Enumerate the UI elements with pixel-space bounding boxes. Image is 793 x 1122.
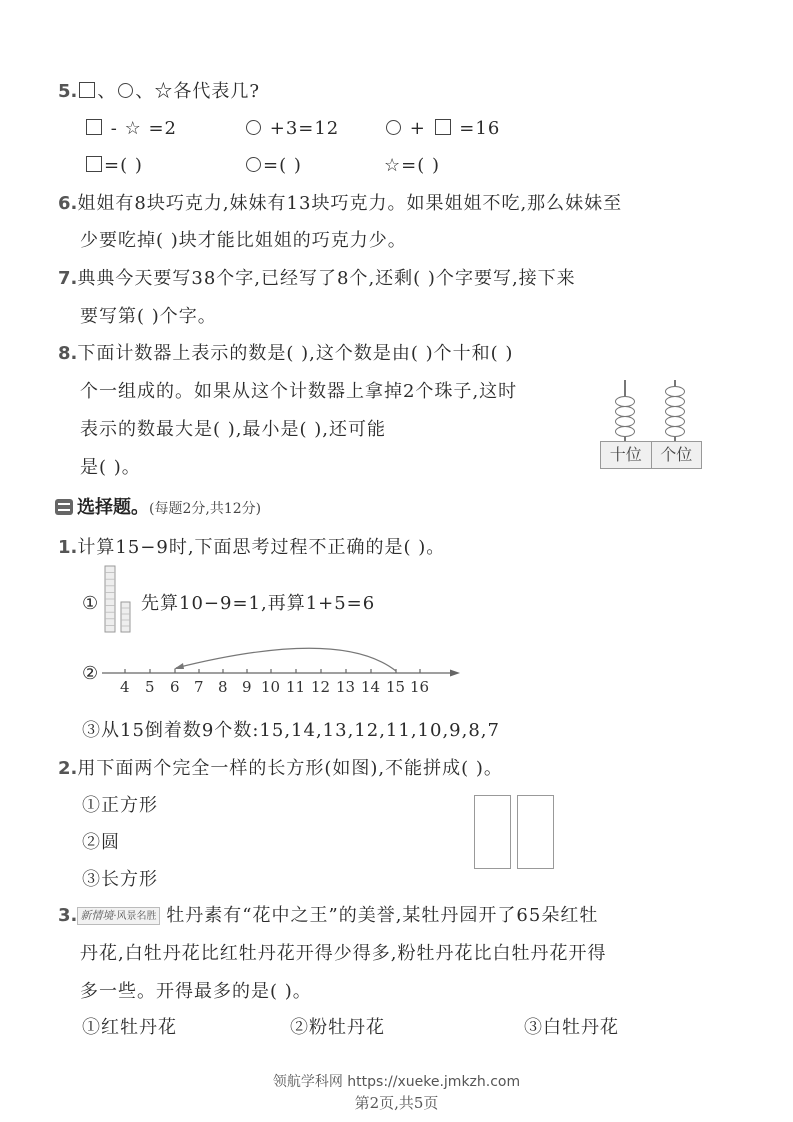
abacus-base: 十位 个位 xyxy=(600,441,702,469)
choice-2-option-1[interactable]: ①正方形 xyxy=(82,794,158,818)
star-symbol-icon: ☆ xyxy=(384,155,401,176)
choice-1-option-3[interactable]: ③从15倒着数9个数:15,14,13,12,11,10,9,8,7 xyxy=(82,719,500,743)
footer-page-number: 第2页,共5页 xyxy=(0,1092,793,1113)
choice-1-option-1-text: 先算10−9=1,再算1+5=6 xyxy=(141,592,375,616)
star-symbol-icon: ☆ xyxy=(125,118,142,139)
choice-3-option-1[interactable]: ①红牡丹花 xyxy=(82,1016,177,1040)
question-7-line-2[interactable]: 要写第( )个字。 xyxy=(80,305,217,329)
question-6-line-1: 6.姐姐有8块巧克力,妹妹有13块巧克力。如果姐姐不吃,那么妹妹至 xyxy=(58,192,622,216)
choice-3-line-1: 3.新情境·风景名胜 牡丹素有“花中之王”的美誉,某牡丹园开了65朵红牡 xyxy=(58,904,598,928)
question-8-line-1[interactable]: 8.下面计数器上表示的数是( ),这个数是由( )个十和( ) xyxy=(58,342,513,366)
abacus-counter: 十位 个位 xyxy=(600,378,702,470)
rectangle-figure-right xyxy=(517,795,554,869)
question-8-line-4[interactable]: 是( )。 xyxy=(80,456,141,480)
star-symbol-icon: ☆ xyxy=(154,81,173,102)
ones-bead xyxy=(665,426,685,437)
choice-2-stem[interactable]: 2.用下面两个完全一样的长方形(如图),不能拼成( )。 xyxy=(58,757,503,781)
question-number: 5. xyxy=(58,81,77,102)
choice-1-option-1-mark[interactable]: ① xyxy=(82,592,99,616)
circle-symbol-icon xyxy=(118,83,133,98)
square-symbol-icon xyxy=(435,119,451,135)
square-symbol-icon xyxy=(79,82,95,98)
question-6-line-2[interactable]: 少要吃掉( )块才能比姐姐的巧克力少。 xyxy=(80,229,407,253)
choice-3-line-2: 丹花,白牡丹花比红牡丹花开得少得多,粉牡丹花比白牡丹花开得 xyxy=(80,942,606,966)
choice-3-line-3[interactable]: 多一些。开得最多的是( )。 xyxy=(80,980,312,1004)
question-7-line-1[interactable]: 7.典典今天要写38个字,已经写了8个,还剩( )个字要写,接下来 xyxy=(58,267,576,291)
question-8-line-3[interactable]: 表示的数最大是( ),最小是( ),还可能 xyxy=(80,418,386,442)
section-2-heading: 选择题。(每题2分,共12分) xyxy=(55,496,261,521)
tens-place-label: 十位 xyxy=(601,442,651,468)
footer-site-link[interactable]: 领航学科网 https://xueke.jmkzh.com xyxy=(0,1071,793,1091)
number-line-labels: 4 5 6 7 8 9 10 11 12 13 14 15 16 xyxy=(100,678,465,698)
square-symbol-icon xyxy=(86,119,102,135)
new-scenario-tag: 新情境·风景名胜 xyxy=(77,907,159,925)
square-symbol-icon xyxy=(86,156,102,172)
equation-3: + =16 xyxy=(384,117,500,141)
choice-3-option-2[interactable]: ②粉牡丹花 xyxy=(290,1016,385,1040)
circle-symbol-icon xyxy=(246,157,261,172)
choice-2-option-3[interactable]: ③长方形 xyxy=(82,868,158,892)
answer-square[interactable]: =( ) xyxy=(84,154,143,178)
choice-1-option-2-mark[interactable]: ② xyxy=(82,662,99,686)
ones-place-label: 个位 xyxy=(651,442,702,468)
choice-3-option-3[interactable]: ③白牡丹花 xyxy=(524,1016,619,1040)
question-5-title: 5.、、☆各代表几? xyxy=(58,80,260,104)
base-ten-blocks-icon xyxy=(104,565,134,635)
choice-2-option-2[interactable]: ②圆 xyxy=(82,831,120,855)
question-8-line-2: 个一组成的。如果从这个计数器上拿掉2个珠子,这时 xyxy=(80,380,517,404)
rectangle-figure-left xyxy=(474,795,511,869)
tens-bead xyxy=(615,426,635,437)
circle-symbol-icon xyxy=(246,120,261,135)
circle-symbol-icon xyxy=(386,120,401,135)
section-number-two-icon xyxy=(55,499,73,515)
answer-star[interactable]: ☆=( ) xyxy=(384,154,440,178)
equation-2: +3=12 xyxy=(244,117,339,141)
choice-1-stem[interactable]: 1.计算15−9时,下面思考过程不正确的是( )。 xyxy=(58,536,445,560)
equation-1: - ☆ =2 xyxy=(84,117,177,141)
answer-circle[interactable]: =( ) xyxy=(244,154,302,178)
